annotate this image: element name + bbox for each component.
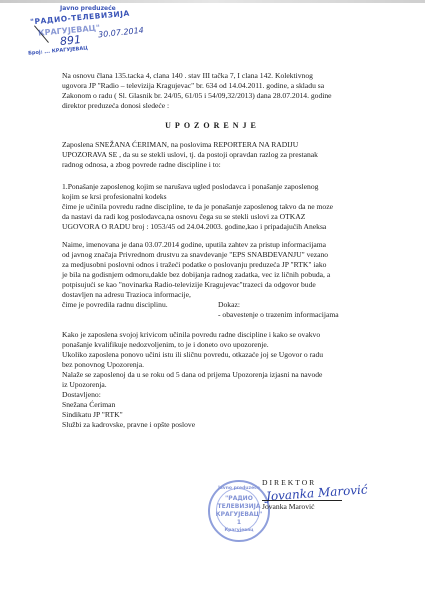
- registry-stamp: Javno preduzeće "РАДИО-ТЕЛЕВИЗИЈА КРАГУЈ…: [18, 4, 168, 62]
- document-title: UPOZORENJE: [0, 121, 425, 130]
- document-page: Javno preduzeće "РАДИО-ТЕЛЕВИЗИЈА КРАГУЈ…: [0, 0, 425, 594]
- body-line: ponašanje kvalifikuje nedozvoljenim, to …: [62, 340, 269, 350]
- intro-line: ugovora JP "Radio – televizija Kragujeva…: [62, 81, 324, 91]
- body-line: dostavljen na adresu Trazioca informacij…: [62, 290, 191, 300]
- intro-line: Zakonom o radu ( Sl. Glasnik br. 24/05, …: [62, 91, 332, 101]
- body-line: čime je učinila povredu radne discipline…: [62, 202, 333, 212]
- stamp-line: Број: ... КРАГУЈЕВАЦ: [28, 45, 88, 56]
- stamp-line: ТЕЛЕВИЗИЈА: [210, 503, 268, 510]
- stamp-line: 1: [210, 519, 268, 526]
- body-line: UPOZORAVA SE , da su se stekli uslovi, t…: [62, 150, 318, 160]
- official-round-stamp: Javno preduzeće "РАДИО ТЕЛЕВИЗИЈА КРАГУЈ…: [208, 480, 270, 542]
- body-line: kojim se krsi profesionalni kodeks: [62, 192, 167, 202]
- body-line: da nastavi da radi kog poslodavca,na osn…: [62, 212, 305, 222]
- stamp-line: КРАГУЈЕВАЦ": [210, 511, 268, 518]
- body-line: UGOVORA O RADU broj : 1053/45 od 24.04.2…: [62, 222, 326, 232]
- stamp-date: 30.07.2014: [98, 26, 145, 40]
- body-line: Nalaže se zaposlenoj da u se roku od 5 d…: [62, 370, 322, 380]
- recipient: Snežana Ćeriman: [62, 400, 115, 410]
- body-line: 1.Ponašanje zaposlenog kojim se narušava…: [62, 182, 318, 192]
- signatory-name: Jovanka Marović: [262, 502, 315, 511]
- body-line: iz Upozorenja.: [62, 380, 107, 390]
- body-line: je bila na godisnjem odmoru,dakle bez do…: [62, 270, 330, 280]
- scan-edge: [0, 0, 425, 3]
- delivered-label: Dostavljeno:: [62, 390, 101, 400]
- body-line: Naime, imenovana je dana 03.07.2014 godi…: [62, 240, 326, 250]
- intro-line: Na osnovu člana 135.tacka 4, clana 140 .…: [62, 71, 313, 81]
- stamp-line: Крагујевац: [210, 528, 268, 533]
- signature-line: [262, 500, 342, 501]
- body-line: Ukoliko zaposlena ponovo učini istu ili …: [62, 350, 323, 360]
- body-line: Zaposlena SNEŽANA ĆERIMAN, na poslovima …: [62, 140, 298, 150]
- body-line: potpisujući se kao "novinarka Radio-tele…: [62, 280, 316, 290]
- evidence-item: - obavestenje o trazenim informacijama: [218, 310, 339, 320]
- recipient: Službi za kadrovske, pravne i opšte posl…: [62, 420, 195, 430]
- body-line: za medjusobni poslovni odnos i tražeći p…: [62, 260, 326, 270]
- stamp-line: Javno preduzeće: [210, 486, 268, 491]
- stamp-line: "РАДИО: [210, 495, 268, 502]
- body-line: bez ponovnog Upozorenja.: [62, 360, 144, 370]
- recipient: Sindikatu JP "RTK": [62, 410, 123, 420]
- evidence-label: Dokaz:: [218, 300, 240, 310]
- body-line: čime je povredila radnu disciplinu.: [62, 300, 168, 310]
- body-line: od javnog značaja Privrednom drustvu za …: [62, 250, 328, 260]
- intro-line: direktor preduzeća donosi sledeće :: [62, 101, 169, 111]
- body-line: Kako je zaposlena svojoj krivicom učinil…: [62, 330, 320, 340]
- body-line: radnog odnosa, a zbog povrede radne disc…: [62, 160, 221, 170]
